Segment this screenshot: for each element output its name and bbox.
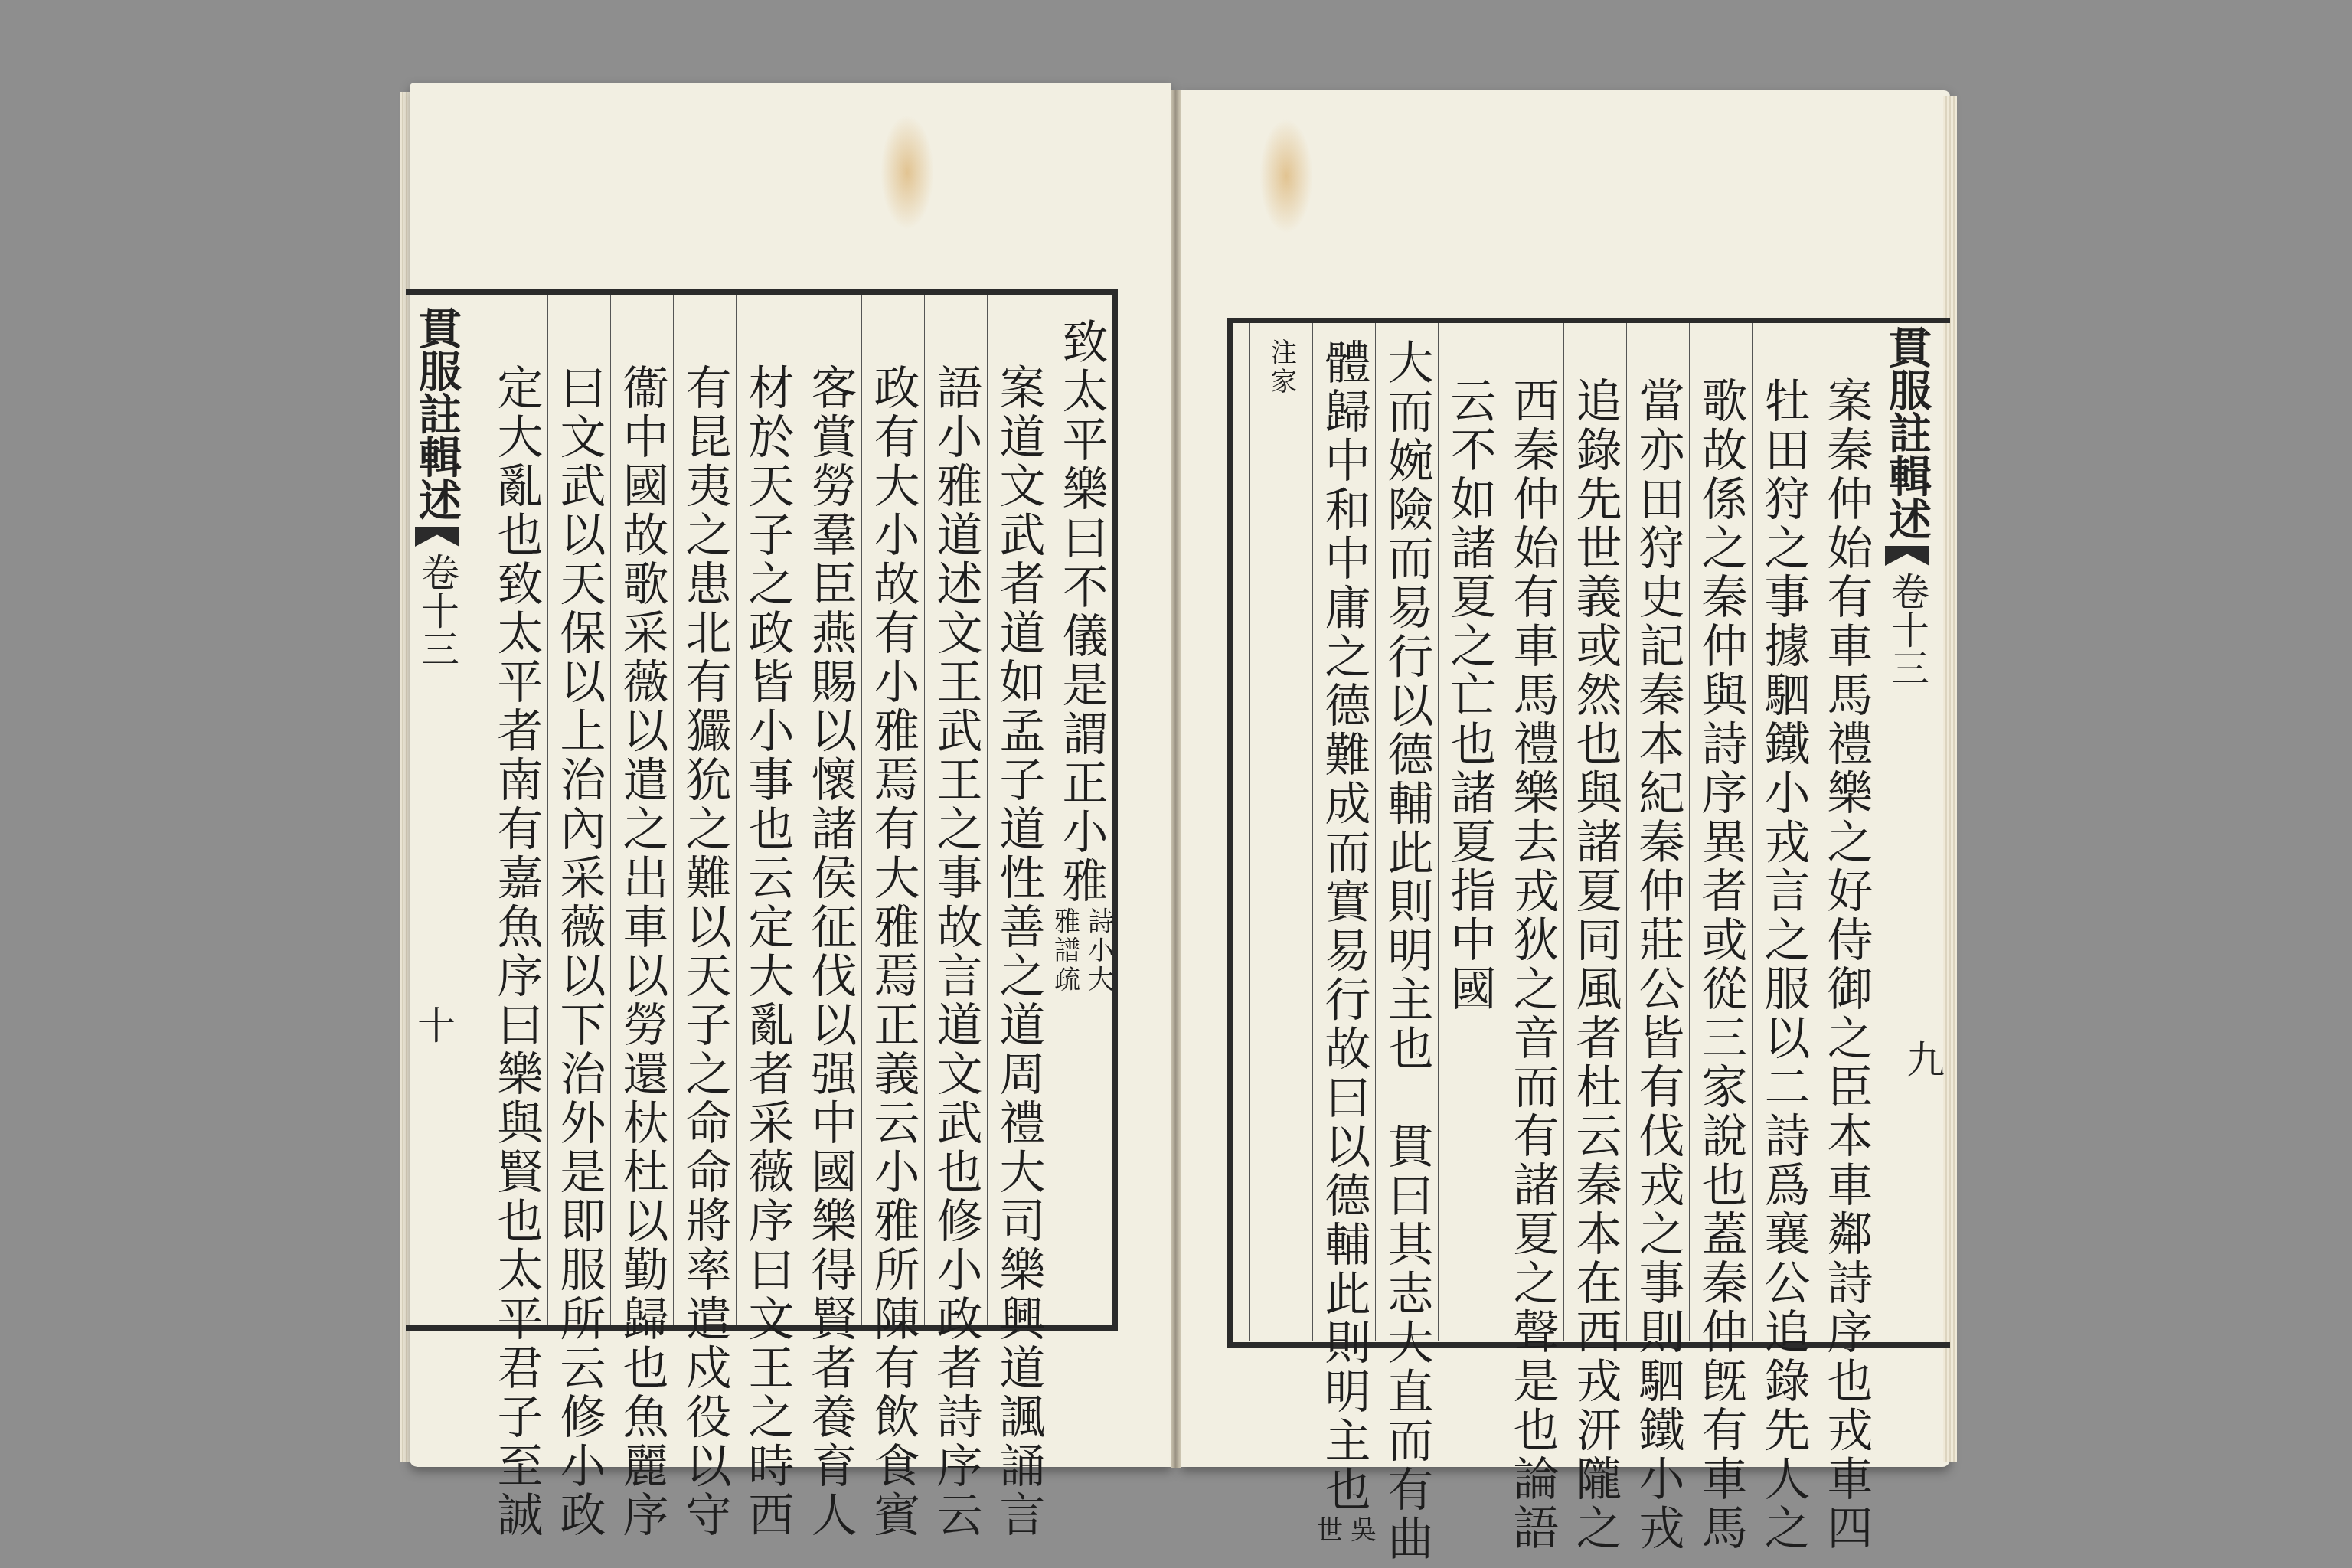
margin-title: 貫服註輯述: [413, 306, 461, 521]
margin-volume: 卷十三: [415, 553, 459, 668]
text-column: 西秦仲始有車馬禮樂去戎狄之音而有諸夏之聲是也論語: [1501, 323, 1563, 1341]
margin-volume: 卷十三: [1885, 572, 1929, 687]
text-column: 語小雅道述文王武王之事故言道文武也修小政者詩序云: [924, 295, 987, 1325]
text-column: 注家: [1249, 323, 1312, 1341]
text-column: 致太平樂曰不儀是謂正小雅 雅譜疏 詩小大: [1050, 295, 1112, 1325]
text-column: 體歸中和中庸之德難成而實易行故曰以德輔此則明主也 世 吳: [1312, 323, 1375, 1341]
right-page-number: 九: [1906, 1030, 1945, 1085]
text-column: 云不如諸夏之亡也諸夏指中國: [1438, 323, 1501, 1341]
fishtail-mark-icon: [1885, 546, 1929, 566]
text-column: 客賞勞羣臣燕賜以懷諸侯征伐以强中國樂得賢者養育人: [799, 295, 861, 1325]
fishtail-mark-icon: [415, 527, 459, 547]
text-column: 牡田狩之事據駟鐵小戎言之服以二詩爲襄公追錄先人之: [1752, 323, 1815, 1341]
text-column: 政有大小故有小雅焉有大雅焉正義云小雅所陳有飲食賓: [861, 295, 924, 1325]
right-page-margin-strip: 貫服註輯述 卷十三: [1883, 325, 1931, 687]
text-column: 曰文武以天保以上治內采薇以下治外是即服所云修小政: [547, 295, 610, 1325]
text-column: 案道文武者道如孟子道性善之道周禮大司樂興道諷誦言: [987, 295, 1050, 1325]
left-page-text-columns: 致太平樂曰不儀是謂正小雅 雅譜疏 詩小大 案道文武者道如孟子道性善之道周禮大司樂…: [465, 295, 1112, 1325]
foxing-stain: [880, 115, 934, 230]
margin-title: 貫服註輯述: [1883, 325, 1931, 540]
text-column: 有昆夷之患北有玁狁之難以天子之命命將率遣戍役以守: [673, 295, 736, 1325]
left-page-number: 十: [417, 995, 456, 1050]
interlinear-note: 世 吳: [1312, 1516, 1377, 1545]
right-page-text-columns: 案秦仲始有車馬禮樂之好侍御之臣本車鄰詩序也戎車四 牡田狩之事據駟鐵小戎言之服以二…: [1234, 323, 1877, 1341]
left-page-margin-strip: 貫服註輯述 卷十三: [413, 306, 461, 668]
interlinear-note: 雅譜疏 詩小大: [1050, 907, 1114, 995]
text-column: 大而婉險而易行以德輔此則明主也 貫曰其志大直而有曲: [1375, 323, 1438, 1341]
text-column: 材於天子之政皆小事也云定大亂者采薇序曰文王之時西: [736, 295, 799, 1325]
text-column: 歌故係之秦仲與詩序異者或從三家說也蓋秦仲旣有車馬: [1689, 323, 1752, 1341]
text-column: 追錄先世義或然也與諸夏同風者杜云秦本在西戎汧隴之: [1563, 323, 1626, 1341]
text-column: 衞中國故歌采薇以遣之出車以勞還杕杜以勤歸也魚麗序: [610, 295, 673, 1325]
text-column: 案秦仲始有車馬禮樂之好侍御之臣本車鄰詩序也戎車四: [1815, 323, 1877, 1341]
text-column: 當亦田狩史記秦本紀秦仲莊公皆有伐戎之事則駟鐵小戎: [1626, 323, 1689, 1341]
book-gutter: [1171, 90, 1181, 1468]
foxing-stain: [1259, 119, 1313, 234]
text-column: 定大亂也致太平者南有嘉魚序曰樂與賢也太平君子至誠: [485, 295, 547, 1325]
